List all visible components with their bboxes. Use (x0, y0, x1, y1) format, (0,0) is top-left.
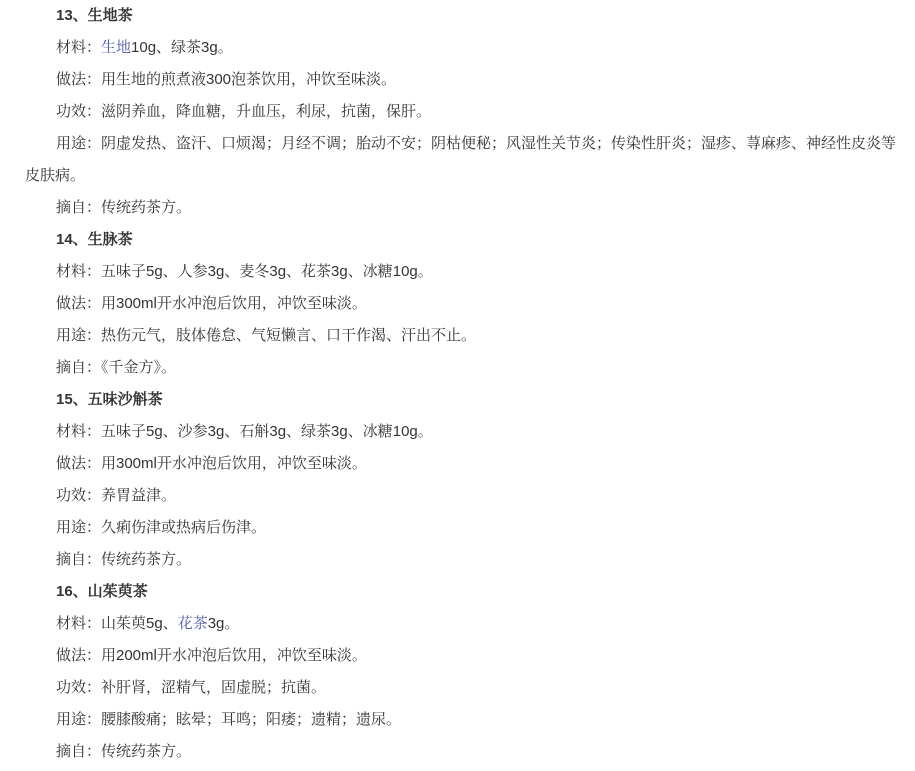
recipe-usage: 用途：腰膝酸痛；眩晕；耳鸣；阳痿；遗精；遗尿。 (25, 704, 905, 736)
recipe-method: 做法：用300ml开水冲泡后饮用，冲饮至味淡。 (25, 288, 905, 320)
recipe-ingredients: 材料：五味子5g、沙参3g、石斛3g、绿茶3g、冰糖10g。 (25, 416, 905, 448)
recipe-usage: 用途：阴虚发热、盗汗、口烦渴；月经不调；胎动不安；阴枯便秘；风湿性关节炎；传染性… (25, 128, 905, 192)
recipe-title: 13、生地茶 (25, 0, 905, 32)
ingredients-pre: 山茱萸5g、 (101, 615, 178, 632)
recipe-13: 13、生地茶 材料：生地10g、绿茶3g。 做法：用生地的煎煮液300泡茶饮用，… (25, 0, 905, 224)
recipe-method: 做法：用生地的煎煮液300泡茶饮用，冲饮至味淡。 (25, 64, 905, 96)
recipe-16: 16、山茱萸茶 材料：山茱萸5g、花茶3g。 做法：用200ml开水冲泡后饮用，… (25, 576, 905, 768)
ingredients-label: 材料： (56, 39, 101, 56)
recipe-usage: 用途：热伤元气，肢体倦怠、气短懒言、口干作渴、汗出不止。 (25, 320, 905, 352)
recipe-ingredients: 材料：山茱萸5g、花茶3g。 (25, 608, 905, 640)
recipe-effect: 功效：滋阴养血，降血糖，升血压，利尿，抗菌，保肝。 (25, 96, 905, 128)
recipe-ingredients: 材料：生地10g、绿茶3g。 (25, 32, 905, 64)
term-link-shengdi[interactable]: 生地 (101, 39, 131, 56)
recipe-source: 摘自：传统药茶方。 (25, 192, 905, 224)
recipe-title: 15、五味沙斛茶 (25, 384, 905, 416)
recipe-ingredients: 材料：五味子5g、人参3g、麦冬3g、花茶3g、冰糖10g。 (25, 256, 905, 288)
recipe-method: 做法：用200ml开水冲泡后饮用，冲饮至味淡。 (25, 640, 905, 672)
recipe-usage: 用途：久痢伤津或热病后伤津。 (25, 512, 905, 544)
recipe-method: 做法：用300ml开水冲泡后饮用，冲饮至味淡。 (25, 448, 905, 480)
recipe-effect: 功效：补肝肾，涩精气，固虚脱；抗菌。 (25, 672, 905, 704)
term-link-huacha[interactable]: 花茶 (178, 615, 208, 632)
recipe-14: 14、生脉茶 材料：五味子5g、人参3g、麦冬3g、花茶3g、冰糖10g。 做法… (25, 224, 905, 384)
recipe-title: 16、山茱萸茶 (25, 576, 905, 608)
ingredients-label: 材料： (56, 615, 101, 632)
ingredients-rest: 3g。 (208, 615, 240, 632)
recipe-source: 摘自：《千金方》。 (25, 352, 905, 384)
recipe-source: 摘自：传统药茶方。 (25, 544, 905, 576)
recipe-source: 摘自：传统药茶方。 (25, 736, 905, 768)
article-body: 13、生地茶 材料：生地10g、绿茶3g。 做法：用生地的煎煮液300泡茶饮用，… (0, 0, 915, 768)
recipe-15: 15、五味沙斛茶 材料：五味子5g、沙参3g、石斛3g、绿茶3g、冰糖10g。 … (25, 384, 905, 576)
recipe-title: 14、生脉茶 (25, 224, 905, 256)
ingredients-rest: 10g、绿茶3g。 (131, 39, 233, 56)
recipe-effect: 功效：养胃益津。 (25, 480, 905, 512)
